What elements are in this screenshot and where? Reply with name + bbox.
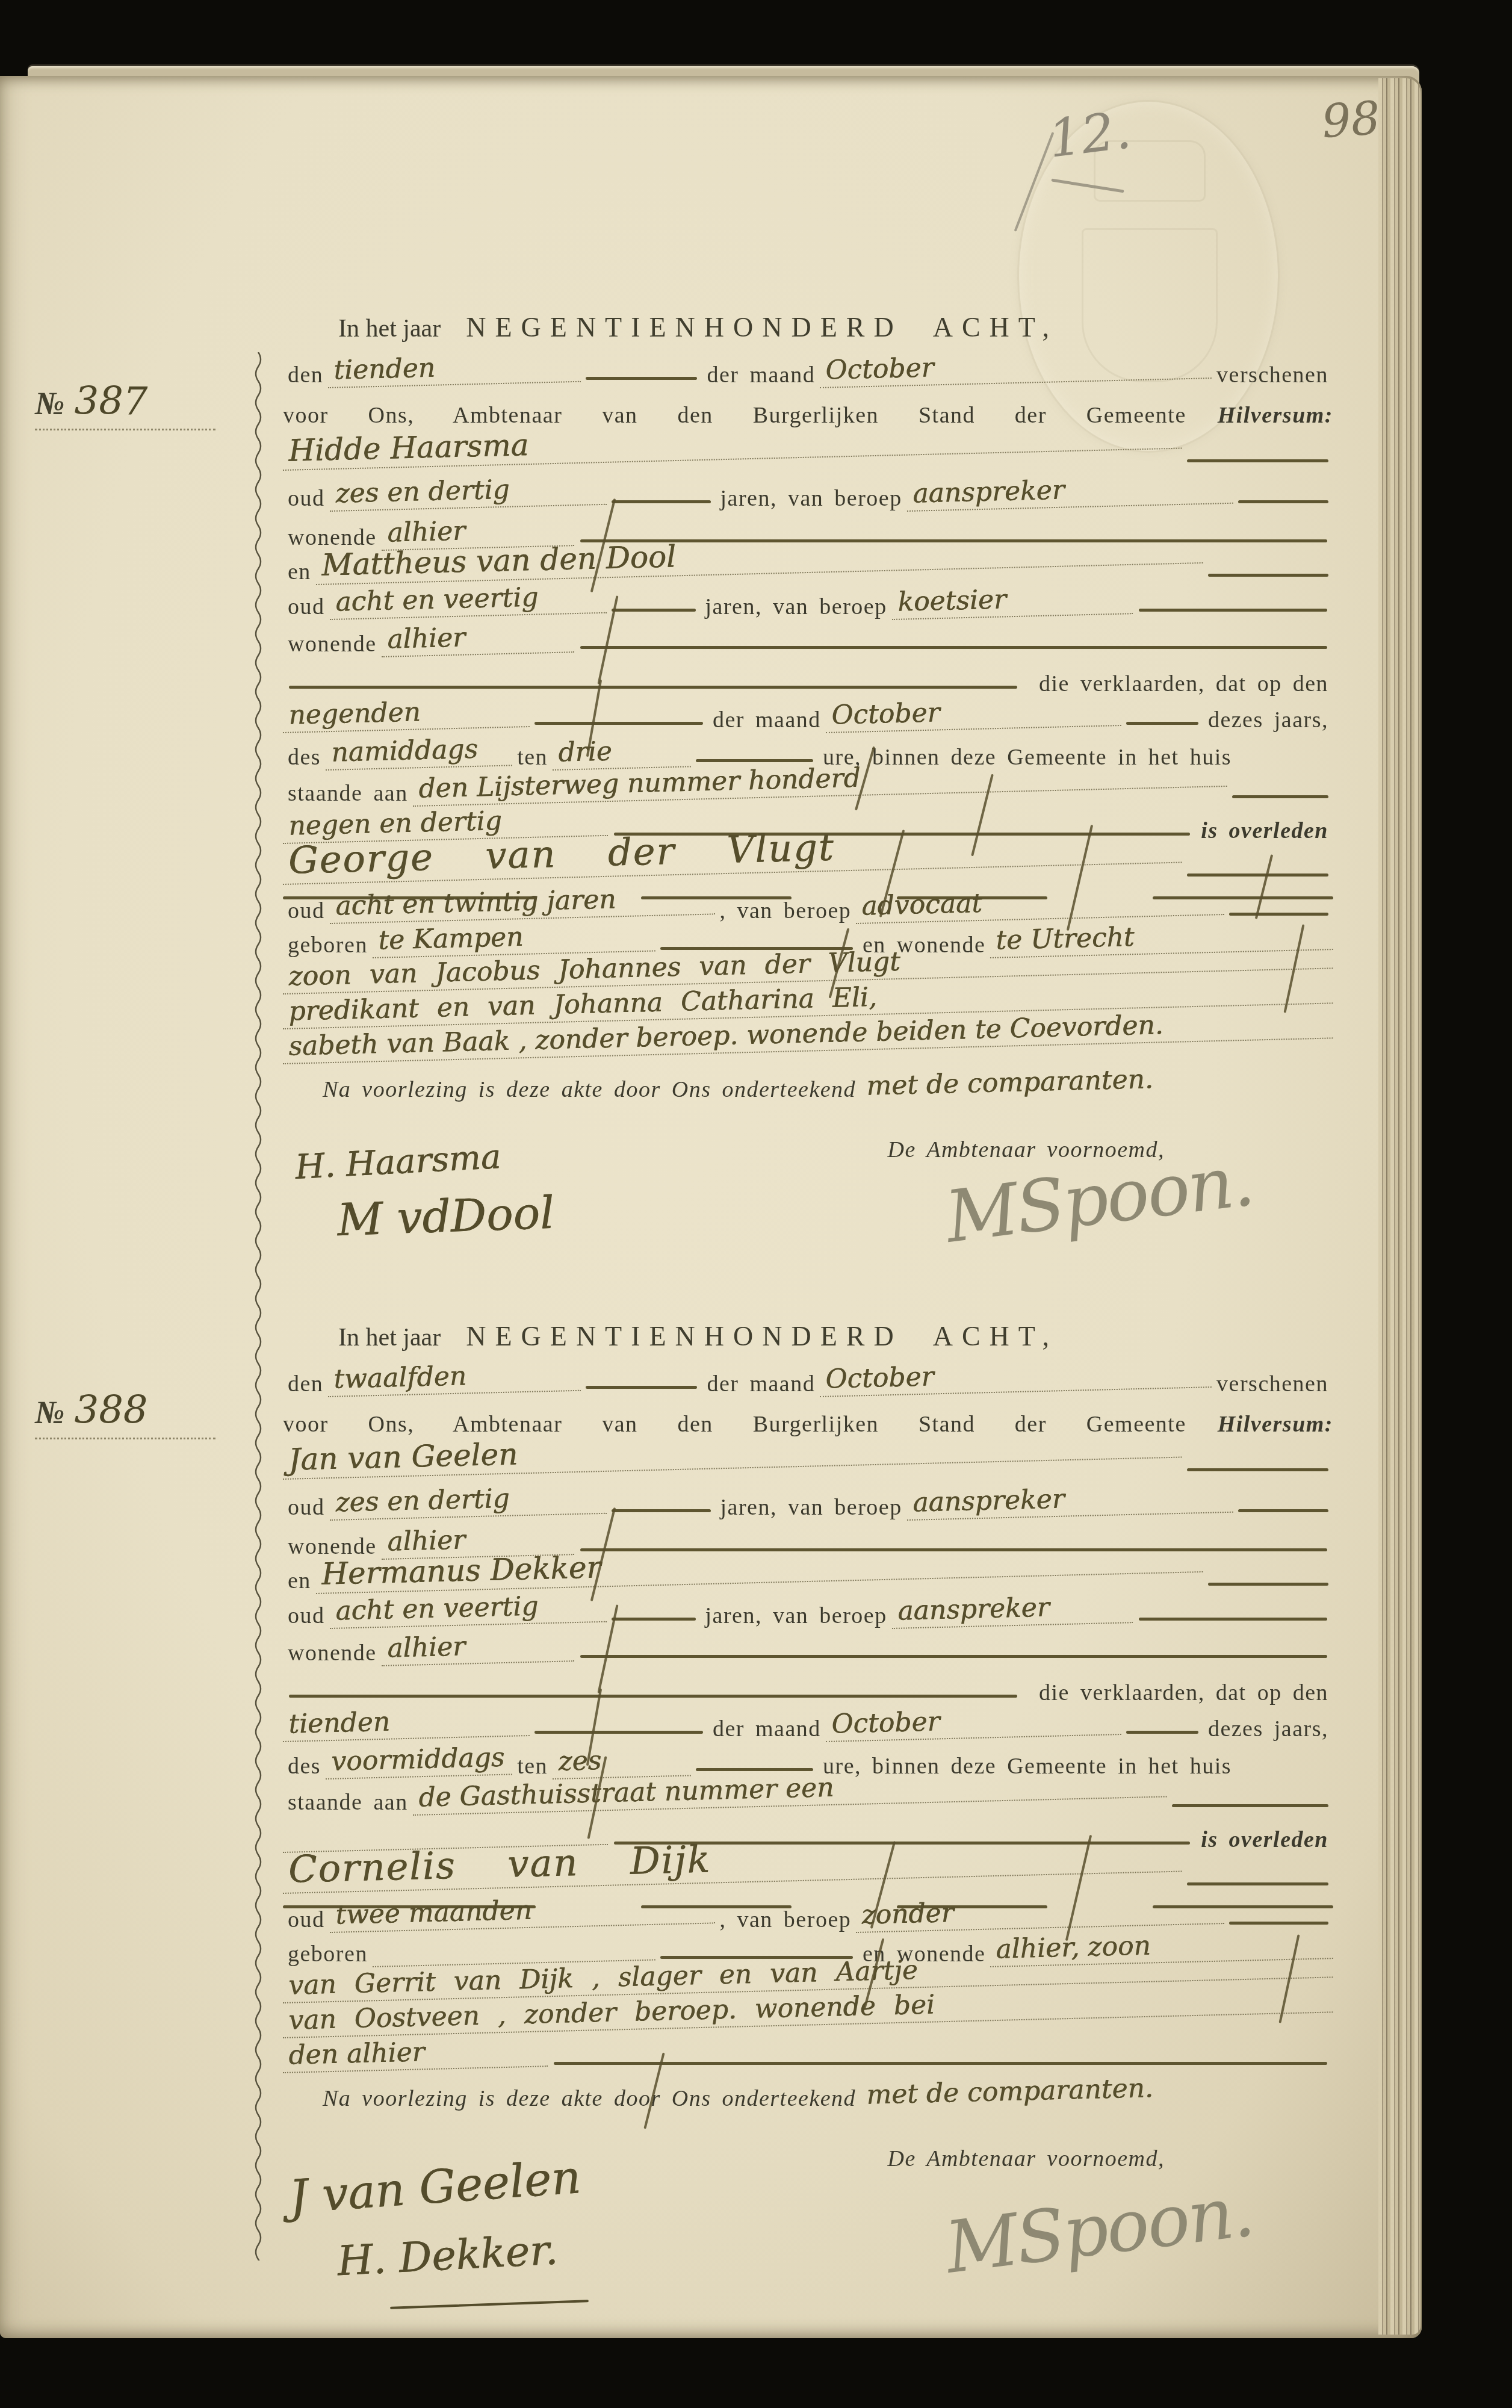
act2-date-line: den twaalfden der maand October verschen… [283,1364,1333,1397]
jaren-beroep-label: jaren, van beroep [705,1603,887,1629]
den-label: den [288,1371,323,1397]
ink-dash [612,1618,696,1621]
day-part-value: voormiddags [325,1742,512,1780]
parents-line3-value: den alhier [282,2034,548,2073]
profession1-value: aanspreker [906,1480,1233,1521]
act2-comparant1-line: Jan van Geelen [283,1446,1333,1480]
ink-line [1139,1618,1327,1621]
ink-line [554,2062,1327,2065]
act2-year-line: In het jaar NEGENTIENHONDERD ACHT, [283,1318,1333,1352]
act-388-form: In het jaar NEGENTIENHONDERD ACHT, den t… [283,76,1333,2338]
ink-dash [1187,1882,1328,1885]
act2-parents-line2: van Oostveen , zonder beroep. wonende be… [283,2005,1333,2038]
death-day-value: tienden [282,1703,530,1742]
ten-label: ten [517,1753,548,1780]
year-line-prefix: In het jaar [338,1323,441,1352]
deceased-age-value: twee maanden [329,1890,714,1933]
wonende-label: wonende [288,1640,377,1666]
hour-value: zes [552,1743,691,1780]
act2-deceased-line: Cornelis van Dijk [283,1855,1333,1894]
dezes-jaars-label: dezes jaars, [1208,1716,1328,1742]
day-value: twaalfden [327,1358,581,1397]
act2-deceased-age-line: oud twee maanden , van beroep zonder [283,1899,1333,1933]
ink-line [580,1655,1327,1658]
act2-comparant2-line: en Hermanus Dekker [283,1560,1333,1594]
ink-line [289,1695,1017,1698]
van-beroep-label: , van beroep [720,1907,852,1933]
na-voorlezing-label: Na voorlezing is deze akte door Ons onde… [323,2085,856,2112]
act2-residence2-line: wonende alhier [283,1633,1333,1666]
ink-dash [586,1386,697,1389]
oud-label: oud [288,1494,325,1521]
register-scan: 98 12. №387 In het jaar NEGENTIENHONDERD… [0,0,1512,2408]
des-label: des [288,1753,321,1780]
act-388-number: №388 [35,1388,215,1439]
ink-dash [534,1731,703,1734]
jaren-beroep-label: jaren, van beroep [720,1494,902,1521]
no-label: № [35,385,64,421]
year-line-caps: NEGENTIENHONDERD ACHT, [466,1320,1058,1352]
act-number-value: 387 [74,379,147,424]
gemeente-name: Hilversum: [1218,1412,1333,1437]
act-number-value: 388 [74,1388,147,1433]
verschenen-label: verschenen [1216,1371,1328,1397]
geboren-label: geboren [288,1941,368,1967]
death-month-value: October [825,1702,1121,1742]
ink-dash [612,1509,711,1512]
is-overleden-label: is overleden [1201,1826,1328,1853]
ink-dash [1229,1922,1328,1925]
form-wavy-rule [253,352,265,2261]
der-maand-label: der maand [713,1716,821,1742]
oud-label: oud [288,1603,325,1629]
act2-age1-line: oud zes en dertig jaren, van beroep aans… [283,1487,1333,1521]
act2-declaration-line: die verklaarden, dat op den [283,1672,1333,1706]
act2-death-date-line: tienden der maand October dezes jaars, [283,1708,1333,1742]
ink-dash [1172,1804,1328,1807]
ink-dash [1126,1731,1198,1734]
staande-aan-label: staande aan [288,1789,408,1816]
en-label: en [288,1568,311,1594]
ink-dash [1208,1583,1328,1586]
act2-age2-line: oud acht en veertig jaren, van beroep aa… [283,1595,1333,1629]
no-label: № [35,1394,64,1430]
ink-dash [1187,1468,1328,1471]
age2-value: acht en veertig [329,1589,606,1629]
register-page: 98 12. №387 In het jaar NEGENTIENHONDERD… [0,76,1422,2338]
month-value: October [819,1354,1212,1397]
book-fore-edge [1378,78,1421,2335]
profession2-value: aanspreker [891,1590,1132,1629]
der-maand-label: der maand [707,1371,815,1397]
deceased-profession-value: zonder [855,1891,1224,1933]
act2-closing-line: Na voorlezing is deze akte door Ons onde… [283,2078,1333,2112]
act-387-number: №387 [35,379,215,430]
act2-address-line1: staande aan de Gasthuisstraat nummer een [283,1782,1333,1816]
met-comparanten-value: met de comparanten. [860,2073,1160,2112]
age1-value: zes en dertig [329,1481,606,1521]
die-verklaarden-label: die verklaarden, dat op den [1039,1680,1328,1706]
act2-parents-line3: den alhier [283,2040,1333,2073]
residence2-value: alhier [380,1628,574,1666]
ink-dash [696,1768,813,1771]
ink-dash [1238,1509,1328,1512]
ambtenaar-label: De Ambtenaar voornoemd, [888,2146,1165,2172]
oud-label: oud [288,1907,325,1933]
